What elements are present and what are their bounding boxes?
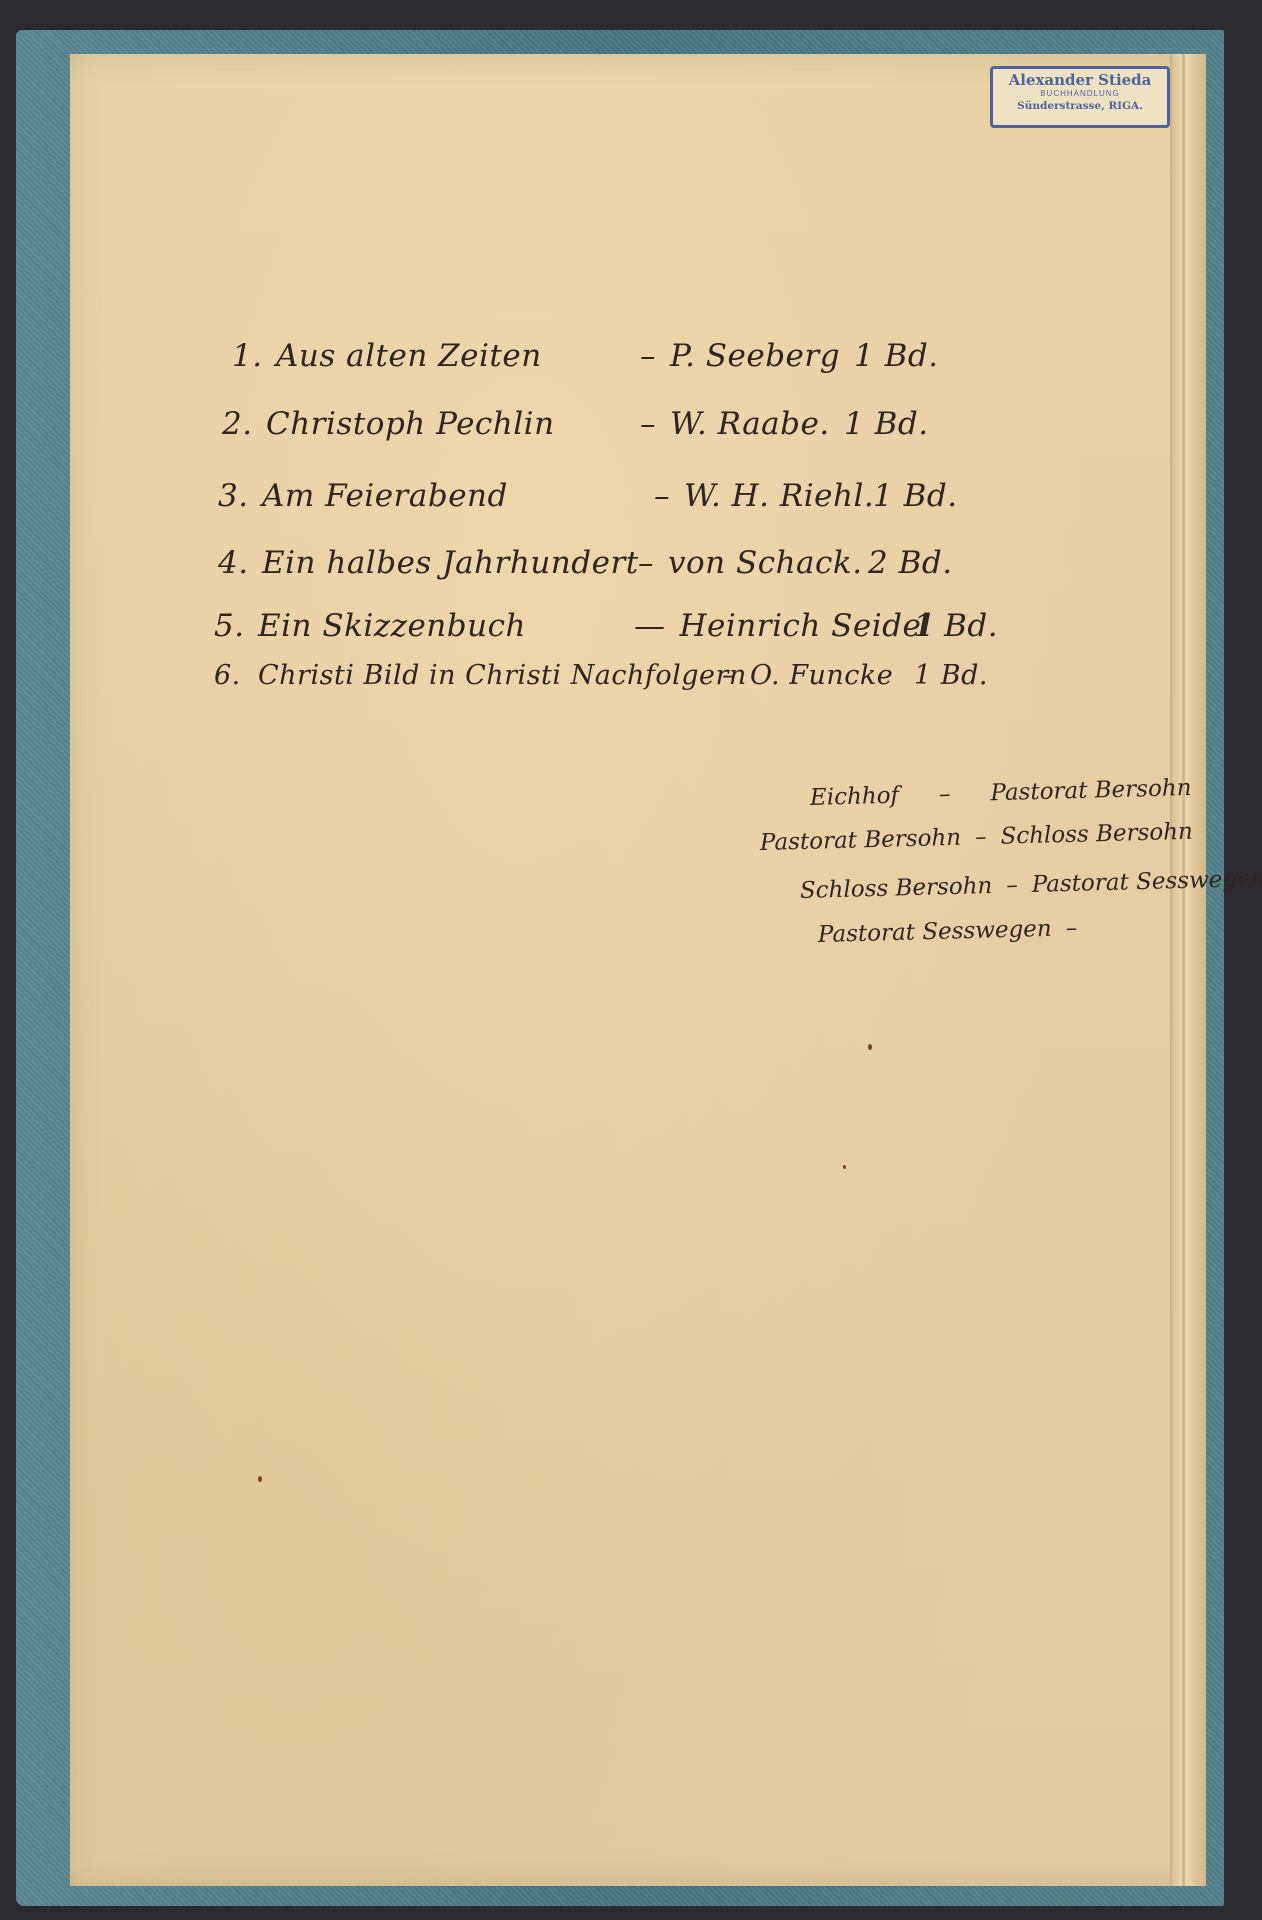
book-list-item: 6.Christi Bild in Christi Nachfolgern–O.…	[214, 660, 988, 691]
flyleaf-edge	[1170, 54, 1206, 1886]
stamp-address: Sünderstrasse, RIGA.	[993, 99, 1167, 113]
paper-speck	[868, 1044, 872, 1050]
stamp-name: Alexander Stieda	[993, 72, 1167, 89]
book-list-item: 2.Christoph Pechlin–W. Raabe.1 Bd.	[222, 406, 929, 442]
paper-speck	[258, 1476, 262, 1482]
book-list-item: 3.Am Feierabend–W. H. Riehl.1 Bd.	[218, 478, 958, 514]
paper-speck	[843, 1165, 846, 1169]
book-list-item: 5.Ein Skizzenbuch—Heinrich Seidel1 Bd.	[214, 608, 998, 644]
book-list-item: 4.Ein halbes Jahrhundert–von Schack.2 Bd…	[218, 545, 953, 581]
bookseller-stamp: Alexander Stieda BUCHHANDLUNG Sünderstra…	[990, 66, 1170, 128]
scanned-page: Alexander Stieda BUCHHANDLUNG Sünderstra…	[0, 0, 1262, 1920]
stamp-shop: BUCHHANDLUNG	[993, 89, 1167, 99]
pastedown-paper	[70, 54, 1205, 1886]
book-list-item: 1.Aus alten Zeiten–P. Seeberg1 Bd.	[232, 338, 939, 374]
